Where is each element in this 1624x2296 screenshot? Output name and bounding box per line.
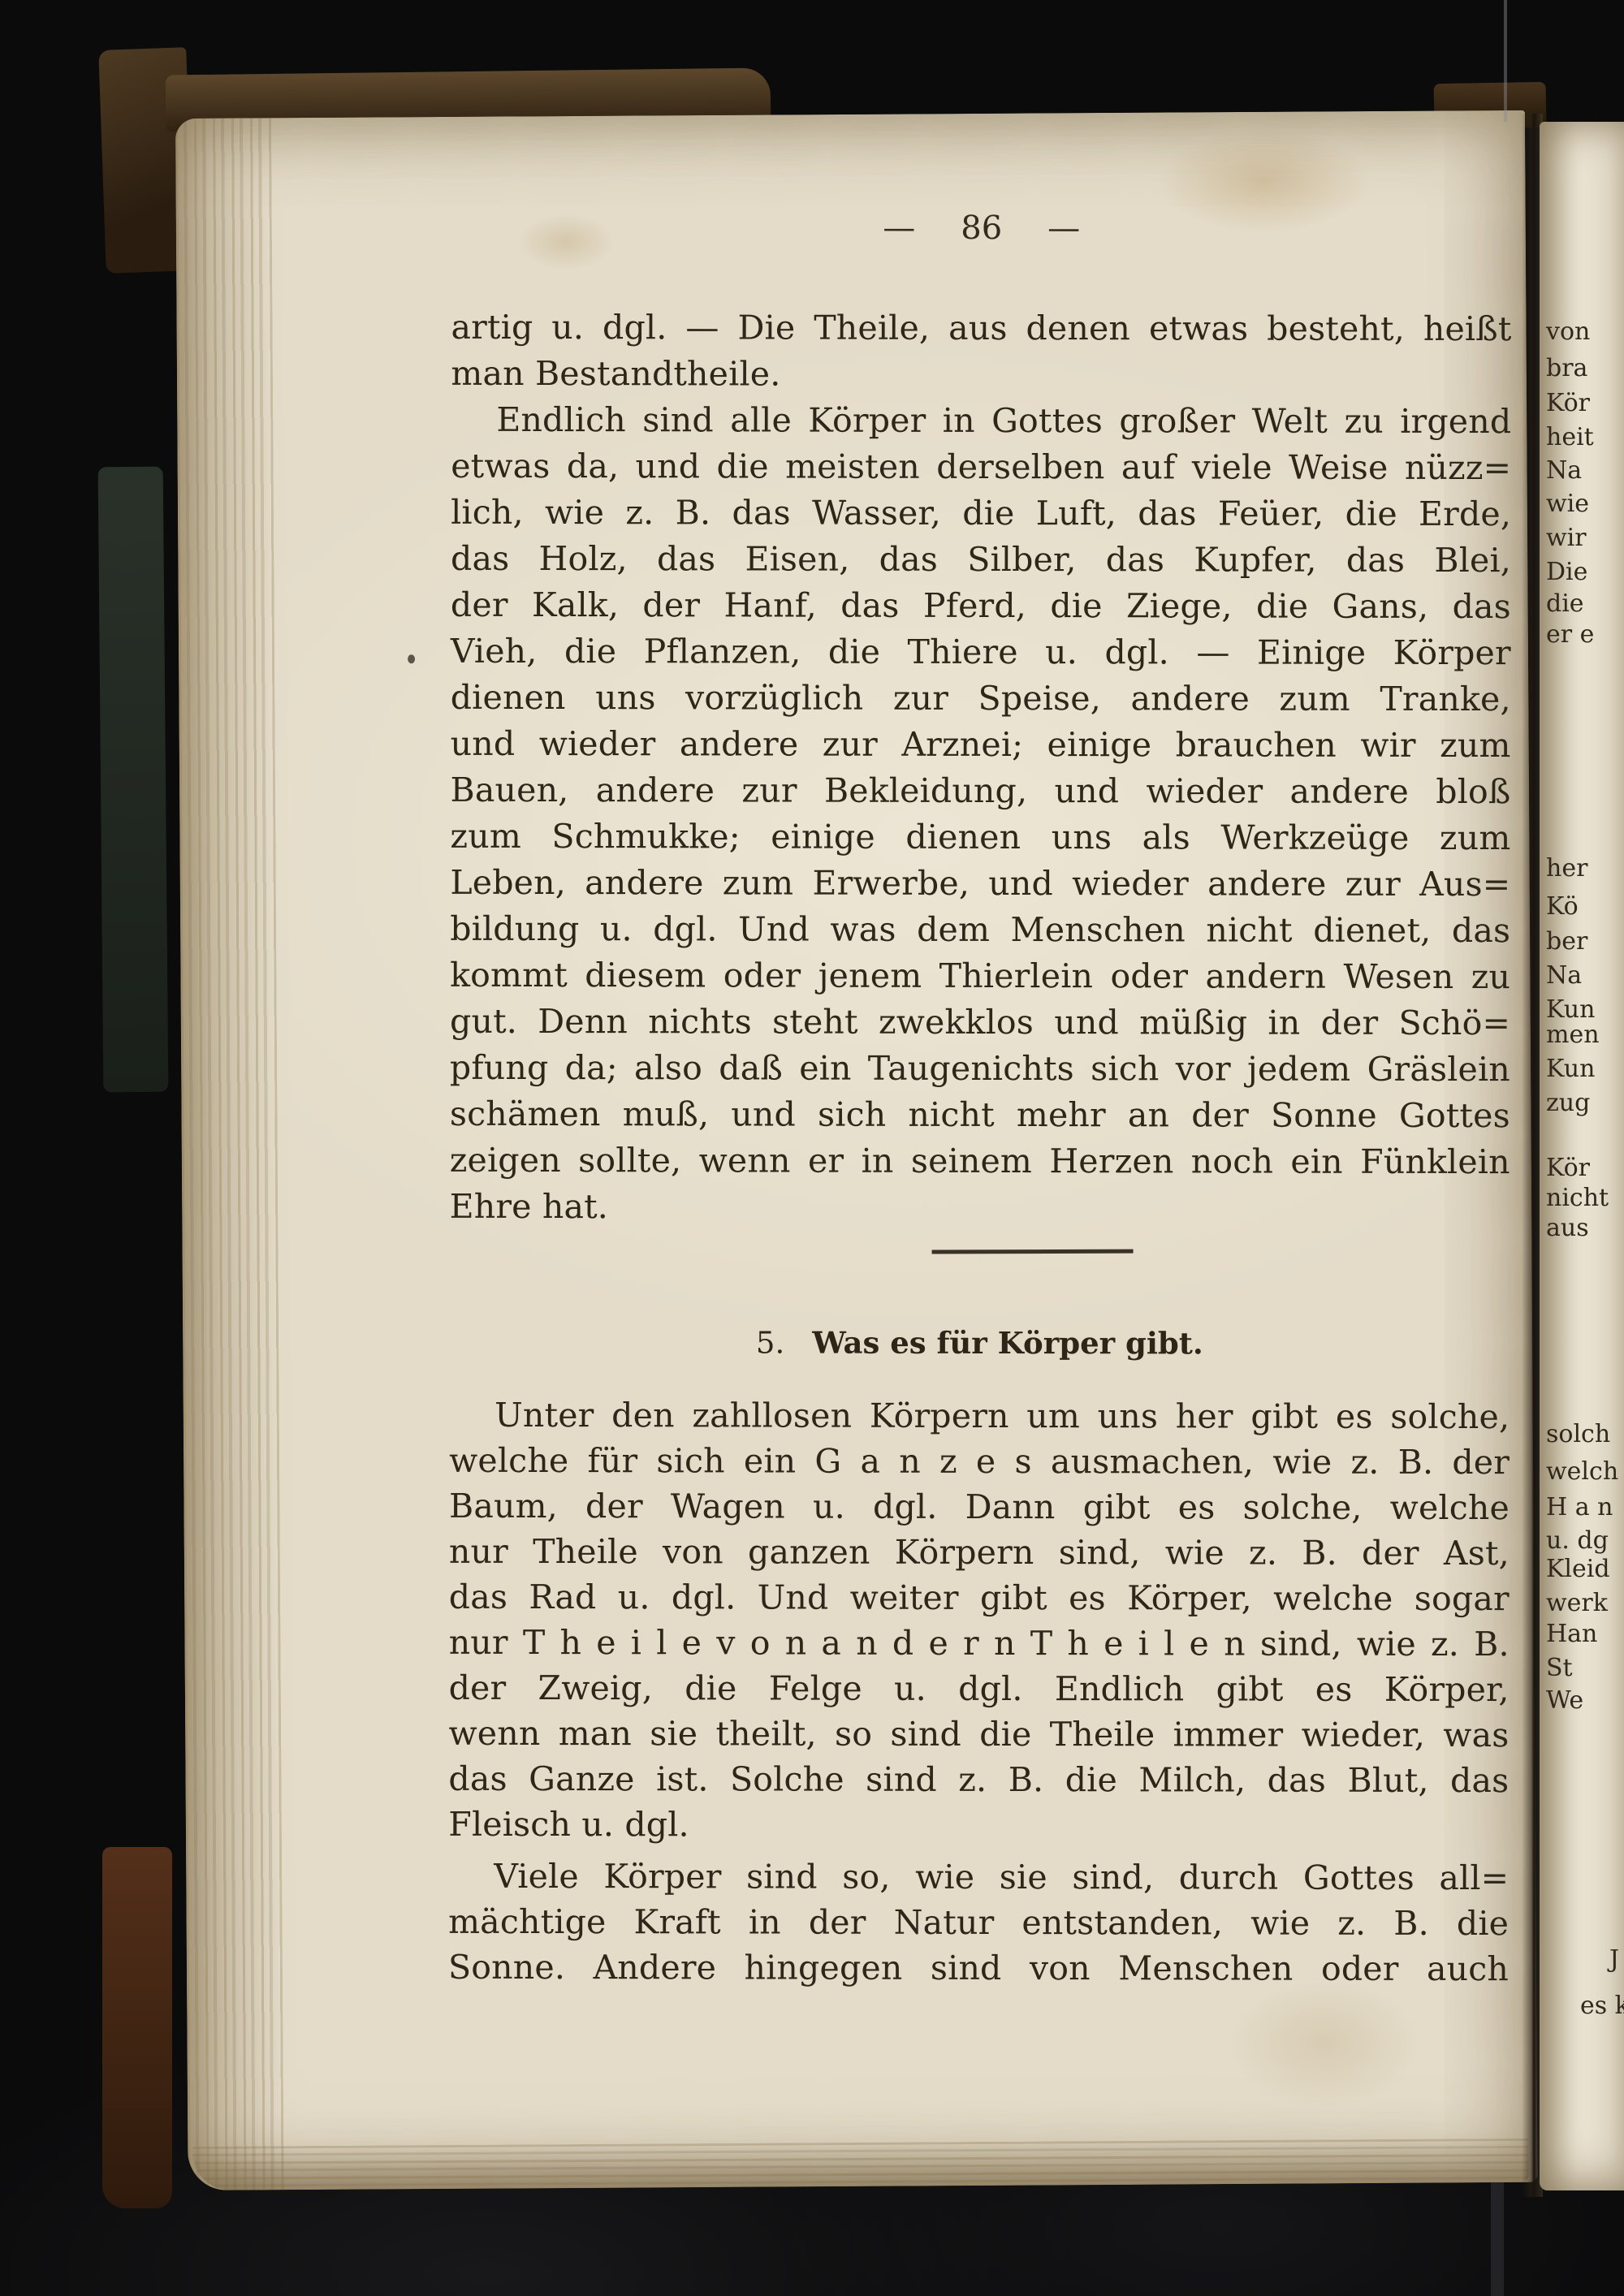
- text-line: welche für sich ein G a n z e s ausmache…: [449, 1438, 1510, 1485]
- paragraph-block-2: Unter den zahllosen Körpern um uns her g…: [448, 1392, 1510, 1849]
- text-fragment: Die: [1546, 559, 1587, 586]
- section-heading: 5.Was es für Körper gibt.: [449, 1324, 1510, 1362]
- text-line: schämen muß, und sich nicht mehr an der …: [450, 1091, 1510, 1139]
- text-line: Bauen, andere zur Bekleidung, und wieder…: [450, 767, 1510, 815]
- text-line: lich, wie z. B. das Wasser, die Luft, da…: [451, 490, 1511, 537]
- text-line: Viele Körper sind so, wie sie sind, durc…: [448, 1854, 1509, 1901]
- ink-speck: [408, 654, 415, 663]
- text-line: Endlich sind alle Körper in Gottes große…: [451, 397, 1511, 445]
- paragraph-block-1: artig u. dgl. — Die Theile, aus denen et…: [450, 304, 1512, 1232]
- text-line: und wieder andere zur Arznei; einige bra…: [451, 721, 1511, 769]
- text-line: Ehre hat.: [450, 1184, 1510, 1232]
- text-fragment: von: [1546, 318, 1590, 346]
- text-fragment: Kör: [1546, 390, 1590, 417]
- text-fragment: wir: [1546, 524, 1587, 552]
- text-fragment: We: [1546, 1687, 1583, 1715]
- section-title: Was es für Körper gibt.: [812, 1325, 1203, 1362]
- text-line: bildung u. dgl. Und was dem Menschen nic…: [450, 906, 1510, 954]
- book-cover-marbled-edge: [98, 467, 169, 1093]
- page-edge-line: [1504, 0, 1507, 122]
- text-fragment: aus: [1546, 1215, 1589, 1242]
- text-line: kommt diesem oder jenem Thierlein oder a…: [450, 952, 1510, 1000]
- text-line: der Zweig, die Felge u. dgl. Endlich gib…: [449, 1665, 1510, 1712]
- text-line: artig u. dgl. — Die Theile, aus denen et…: [451, 304, 1511, 352]
- book-left-page: — 86 — artig u. dgl. — Die Theile, aus d…: [175, 110, 1538, 2190]
- section-separator-rule: [932, 1249, 1134, 1254]
- text-line: nur Theile von ganzen Körpern sind, wie …: [449, 1529, 1510, 1576]
- page-text-area: — 86 — artig u. dgl. — Die Theile, aus d…: [448, 113, 1512, 2186]
- text-fragment: men: [1546, 1021, 1600, 1049]
- text-fragment: Na: [1546, 457, 1582, 485]
- text-fragment: nicht: [1546, 1185, 1609, 1212]
- text-line: pfung da; also daß ein Taugenichts sich …: [450, 1045, 1510, 1093]
- text-fragment: H a n: [1546, 1494, 1613, 1521]
- text-fragment: heit: [1546, 424, 1594, 451]
- text-fragment: Kun: [1546, 1055, 1595, 1083]
- text-fragment: wie: [1546, 490, 1589, 518]
- text-fragment: es k: [1580, 1992, 1624, 2020]
- book-right-page-sliver: vonbraKörheitNawiewirDiedieer eherKöberN…: [1540, 122, 1624, 2190]
- text-fragment: zug: [1546, 1090, 1590, 1117]
- text-line: Leben, andere zum Erwerbe, und wieder an…: [450, 860, 1510, 908]
- text-fragment: Han: [1546, 1621, 1597, 1648]
- paragraph-block-3: Viele Körper sind so, wie sie sind, durc…: [448, 1854, 1509, 1992]
- page-stack-left-edge: [175, 118, 284, 2190]
- text-fragment: er e: [1546, 621, 1594, 649]
- text-fragment: bra: [1546, 355, 1587, 382]
- text-fragment: die: [1546, 590, 1584, 618]
- text-fragment: Na: [1546, 962, 1582, 990]
- page-number: 86: [961, 209, 1002, 247]
- text-line: man Bestandtheile.: [451, 351, 1511, 399]
- book-spine-bottom-leather: [102, 1847, 172, 2208]
- section-number: 5.: [756, 1325, 784, 1360]
- text-fragment: Kör: [1546, 1154, 1590, 1182]
- text-line: gut. Denn nichts steht zwekklos und müßi…: [450, 999, 1510, 1047]
- text-line: zum Schmukke; einige dienen uns als Werk…: [450, 814, 1510, 861]
- text-fragment: werk: [1546, 1590, 1608, 1617]
- text-line: das Rad u. dgl. Und weiter gibt es Körpe…: [449, 1574, 1510, 1621]
- text-line: Unter den zahllosen Körpern um uns her g…: [449, 1392, 1510, 1439]
- text-line: mächtige Kraft in der Natur entstanden, …: [448, 1899, 1509, 1946]
- text-fragment: Kö: [1546, 893, 1579, 921]
- text-line: das Holz, das Eisen, das Silber, das Kup…: [451, 536, 1511, 584]
- text-fragment: St: [1546, 1655, 1573, 1682]
- running-head: — 86 —: [451, 209, 1512, 248]
- text-line: zeigen sollte, wenn er in seinem Herzen …: [450, 1137, 1510, 1185]
- running-head-dash-left: —: [883, 209, 915, 247]
- text-line: nur T h e i l e v o n a n d e r n T h e …: [449, 1620, 1510, 1667]
- text-fragment: Kun: [1546, 996, 1595, 1024]
- text-fragment: solch: [1546, 1421, 1610, 1448]
- text-line: Baum, der Wagen u. dgl. Dann gibt es sol…: [449, 1483, 1510, 1530]
- text-line: der Kalk, der Hanf, das Pferd, die Ziege…: [451, 582, 1511, 630]
- text-fragment: her: [1546, 855, 1587, 883]
- text-fragment: ber: [1546, 928, 1587, 956]
- text-line: das Ganze ist. Solche sind z. B. die Mil…: [448, 1756, 1509, 1803]
- running-head-dash-right: —: [1047, 209, 1080, 247]
- text-line: Fleisch u. dgl.: [448, 1802, 1509, 1849]
- book-scan-photo: — 86 — artig u. dgl. — Die Theile, aus d…: [0, 0, 1624, 2296]
- text-line: dienen uns vorzüglich zur Speise, andere…: [451, 675, 1511, 723]
- text-fragment: J: [1609, 1946, 1619, 1974]
- text-fragment: Kleid: [1546, 1556, 1610, 1583]
- book-gutter-shadow-tail: [1491, 2182, 1504, 2296]
- text-line: etwas da, und die meisten derselben auf …: [451, 443, 1511, 491]
- text-line: Sonne. Andere hingegen sind von Menschen…: [448, 1944, 1509, 1992]
- text-fragment: u. dg: [1546, 1527, 1609, 1555]
- text-fragment: welch: [1546, 1458, 1618, 1486]
- text-line: wenn man sie theilt, so sind die Theile …: [448, 1711, 1509, 1758]
- text-line: Vieh, die Pflanzen, die Thiere u. dgl. —…: [451, 628, 1511, 676]
